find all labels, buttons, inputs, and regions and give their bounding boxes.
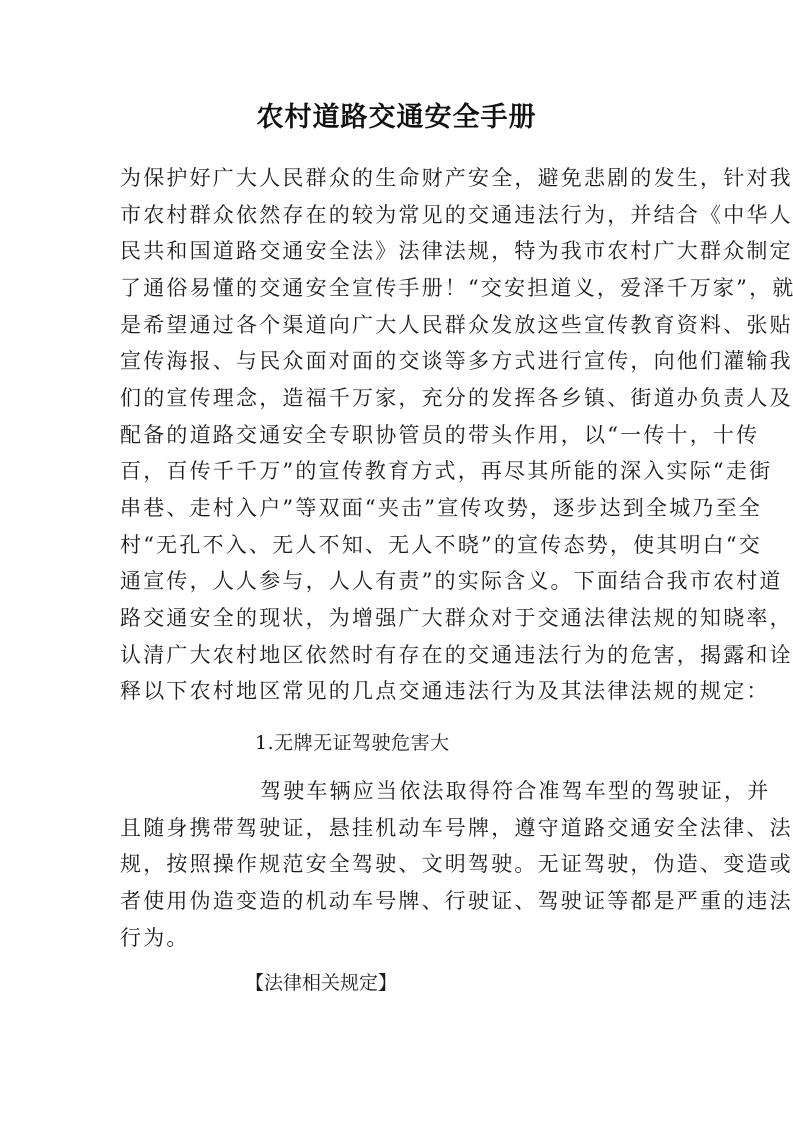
document-title: 农村道路交通安全手册 (0, 98, 793, 138)
intro-line: 是希望通过各个渠道向广大人民群众发放这些宣传教育资料、张贴 (120, 307, 680, 343)
section-line: 行为。 (120, 920, 680, 956)
intro-line: 百，百传千千万”的宣传教育方式，再尽其所能的深入实际“走街 (120, 453, 680, 489)
intro-line: 路交通安全的现状，为增强广大群众对于交通法律法规的知晓率， (120, 600, 680, 636)
intro-line: 通宣传，人人参与，人人有责”的实际含义。下面结合我市农村道 (120, 563, 680, 599)
section-line: 且随身携带驾驶证，悬挂机动车号牌，遵守道路交通安全法律、法 (120, 810, 680, 846)
section-heading: 1.无牌无证驾驶危害大 (255, 725, 450, 761)
intro-line: 为保护好广大人民群众的生命财产安全，避免悲剧的发生，针对我 (120, 160, 680, 196)
intro-line: 们的宣传理念，造福千万家，充分的发挥各乡镇、街道办负责人及其 (120, 380, 680, 416)
intro-line: 配备的道路交通安全专职协管员的带头作用，以“一传十，十传 (120, 417, 680, 453)
intro-line: 了通俗易懂的交通安全宣传手册！“交安担道义，爱泽千万家”，就 (120, 270, 680, 306)
section-line: 驾驶车辆应当依法取得符合准驾车型的驾驶证，并 (260, 773, 793, 809)
section-line: 者使用伪造变造的机动车号牌、行驶证、驾驶证等都是严重的违法 (120, 883, 680, 919)
intro-line: 民共和国道路交通安全法》法律法规，特为我市农村广大群众制定 (120, 233, 680, 269)
intro-line: 认清广大农村地区依然时有存在的交通违法行为的危害，揭露和诠 (120, 637, 680, 673)
intro-line: 串巷、走村入户”等双面“夹击”宣传攻势，逐步达到全城乃至全 (120, 490, 680, 526)
intro-line: 村“无孔不入、无人不知、无人不晓”的宣传态势，使其明白“交 (120, 527, 680, 563)
section-line: 规，按照操作规范安全驾驶、文明驾驶。无证驾驶，伪造、变造或 (120, 846, 680, 882)
law-regulations-heading: 【法律相关规定】 (245, 965, 397, 1001)
intro-line: 市农村群众依然存在的较为常见的交通违法行为，并结合《中华人 (120, 197, 680, 233)
document-page: 农村道路交通安全手册 为保护好广大人民群众的生命财产安全，避免悲剧的发生，针对我… (0, 0, 793, 1122)
intro-line: 宣传海报、与民众面对面的交谈等多方式进行宣传，向他们灌输我 (120, 343, 680, 379)
intro-line: 释以下农村地区常见的几点交通违法行为及其法律法规的规定： (120, 673, 680, 709)
